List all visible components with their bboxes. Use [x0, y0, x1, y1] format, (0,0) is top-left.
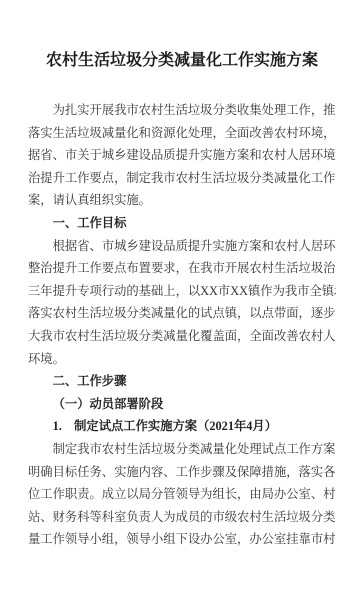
paragraph-line: 制定我市农村生活垃圾分类减量化处理试点工作方案，: [28, 438, 336, 461]
document-body: 为扎实开展我市农村生活垃圾分类收集处理工作，推进落实生活垃圾减量化和资源化处理，…: [0, 99, 364, 551]
paragraph-line: 据省、市关于城乡建设品质提升实施方案和农村人居环境整: [28, 144, 336, 167]
paragraph-line: 根据省、市城乡建设品质提升实施方案和农村人居环境: [28, 235, 336, 258]
paragraph-line: 明确目标任务、实施内容、工作步骤及保障措施，落实各单: [28, 461, 336, 484]
paragraph-line: 环境。: [28, 348, 336, 371]
sub-section-heading: （一）动员部署阶段: [28, 393, 336, 416]
document-title: 农村生活垃圾分类减量化工作实施方案: [0, 0, 364, 73]
section-heading: 一、工作目标: [28, 212, 336, 235]
paragraph-line: 大我市农村生活垃圾分类减量化覆盖面，全面改善农村人居: [28, 325, 336, 348]
paragraph-line: 案，请认真组织实施。: [28, 189, 336, 212]
paragraph-line: 治提升工作要点，制定我市农村生活垃圾分类减量化工作方: [28, 167, 336, 190]
paragraph-line: 落实生活垃圾减量化和资源化处理，全面改善农村环境，根: [28, 122, 336, 145]
numbered-item-heading: 1. 制定试点工作实施方案（2021年4月）: [28, 415, 336, 438]
paragraph-line: 量工作领导小组，领导小组下设办公室，办公室挂靠市村镇: [28, 528, 336, 551]
paragraph-line: 整治提升工作要点布置要求，在我市开展农村生活垃圾治理: [28, 257, 336, 280]
paragraph-line: 落实农村生活垃圾分类减量化的试点镇，以点带面，逐步扩: [28, 302, 336, 325]
paragraph-line: 三年提升专项行动的基础上，以XX市XX镇作为我市全镇域: [28, 280, 336, 303]
paragraph-line: 为扎实开展我市农村生活垃圾分类收集处理工作，推进: [28, 99, 336, 122]
document-page: 农村生活垃圾分类减量化工作实施方案 为扎实开展我市农村生活垃圾分类收集处理工作，…: [0, 0, 364, 600]
paragraph-line: 站、财务科等科室负责人为成员的市级农村生活垃圾分类减: [28, 506, 336, 529]
section-heading: 二、工作步骤: [28, 370, 336, 393]
paragraph-line: 位工作职责。成立以局分管领导为组长，由局办公室、村建: [28, 483, 336, 506]
